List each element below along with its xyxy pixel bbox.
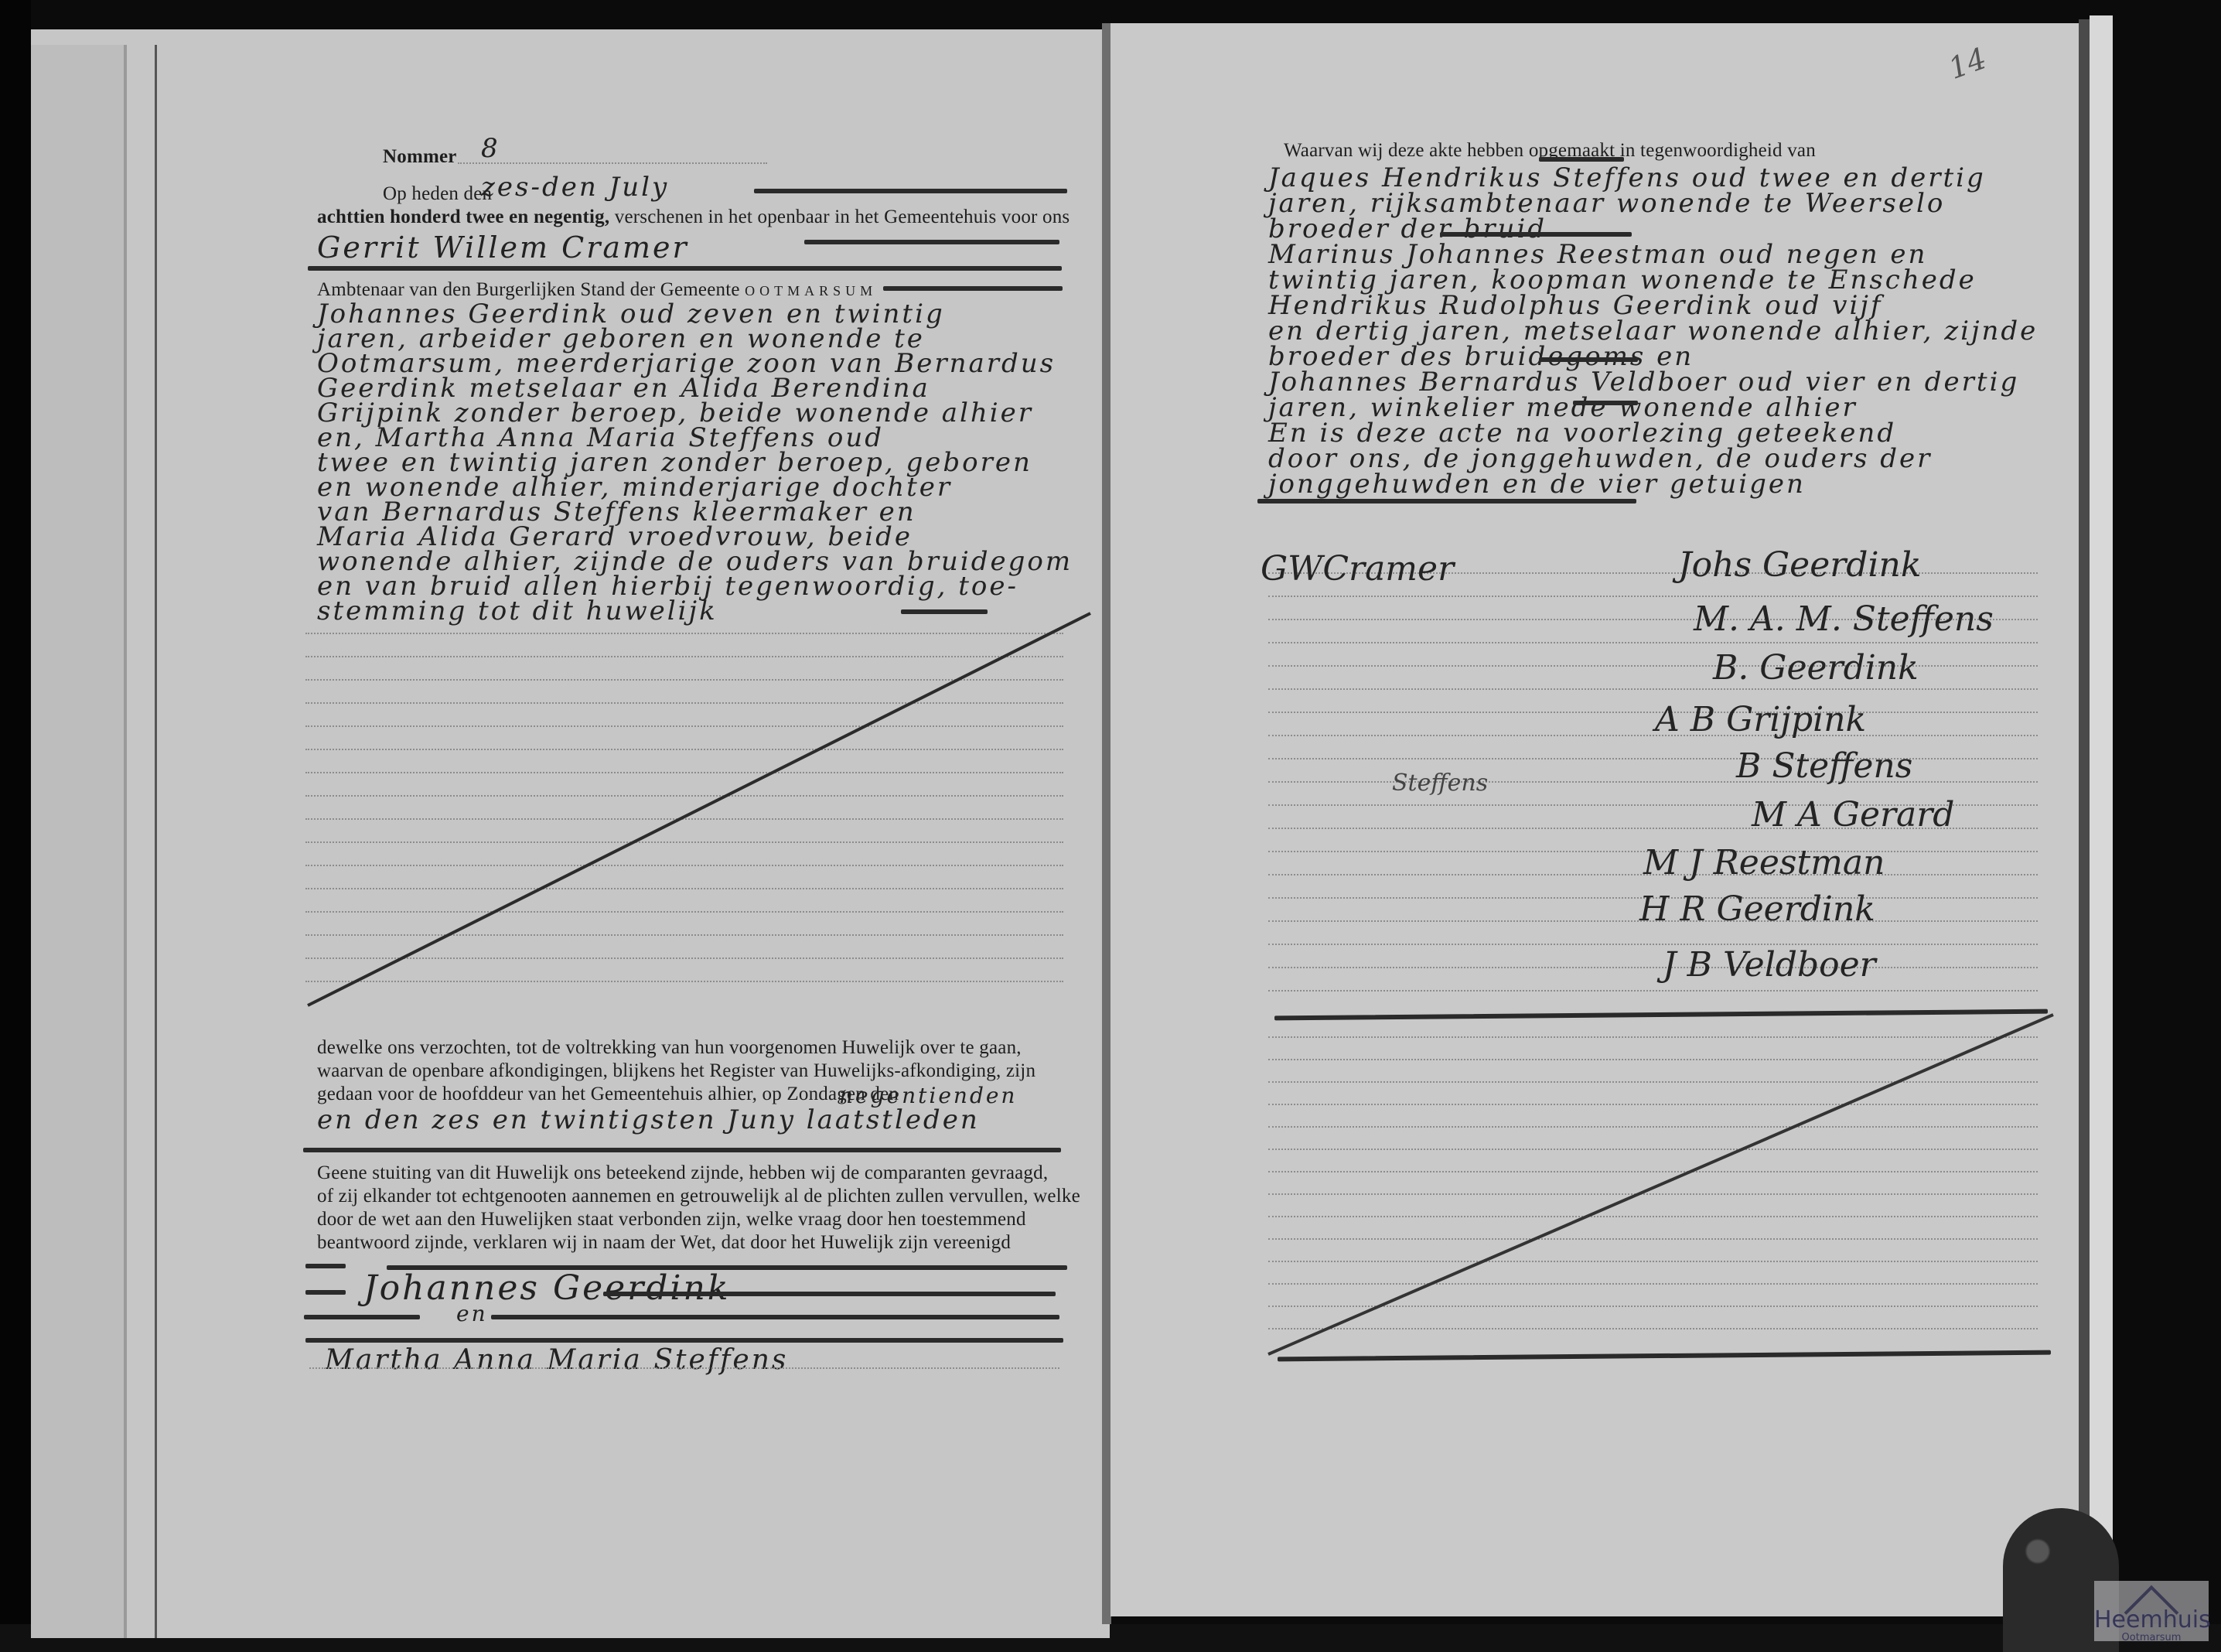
right-page-strip — [2090, 15, 2113, 1609]
signature: M. A. M. Steffens — [1694, 599, 1994, 639]
signature: J B Veldboer — [1663, 945, 1876, 985]
fill-rule — [883, 286, 1063, 291]
dotted-line — [1268, 1193, 2038, 1195]
dotted-line — [1268, 1171, 2038, 1172]
right-page-edge — [2079, 19, 2090, 1628]
year-line: achttien honderd twee en negentig, versc… — [317, 206, 1070, 229]
scan-border-left — [0, 0, 31, 1652]
dotted-line — [1268, 642, 2038, 643]
printed-line: of zij elkander tot echtgenooten aanneme… — [317, 1185, 1080, 1208]
dotted-line — [1268, 1238, 2038, 1240]
page-fold-line — [155, 45, 157, 1638]
printed-line: Geene stuiting van dit Huwelijk ons bete… — [317, 1162, 1048, 1185]
dotted-line — [305, 981, 1063, 982]
fill-rule — [308, 266, 1062, 271]
dotted-line — [305, 702, 1063, 704]
dotted-line — [1268, 1306, 2038, 1307]
fill-rule — [491, 1315, 1059, 1319]
dotted-line — [1268, 1081, 2038, 1083]
dotted-line — [1268, 1283, 2038, 1285]
dotted-line — [305, 679, 1063, 681]
signature: Johs Geerdink — [1678, 545, 1922, 585]
dotted-line — [305, 749, 1063, 750]
fill-rule — [305, 1290, 346, 1295]
dotted-line — [1268, 596, 2038, 597]
fill-rule — [1539, 157, 1624, 162]
fill-rule — [305, 1338, 1063, 1343]
dotted-line — [1268, 1059, 2038, 1060]
signature: M A Gerard — [1752, 795, 1954, 835]
signature: A B Grijpink — [1655, 700, 1866, 739]
printed-line: gedaan voor de hoofddeur van het Gemeent… — [317, 1083, 899, 1106]
dotted-line — [305, 911, 1063, 913]
dotted-line — [305, 633, 1063, 634]
dotted-line — [305, 888, 1063, 889]
fill-rule — [305, 1264, 346, 1268]
fill-rule — [754, 189, 1067, 193]
dotted-line — [1268, 688, 2038, 690]
dotted-line — [1268, 1036, 2038, 1038]
fill-rule — [804, 240, 1059, 244]
printed-line: dewelke ons verzochten, tot de voltrekki… — [317, 1036, 1022, 1060]
printed-line: beantwoord zijnde, verklaren wij in naam… — [317, 1231, 1011, 1254]
dotted-line — [1268, 735, 2038, 736]
fill-rule — [1440, 232, 1632, 237]
dotted-line — [305, 772, 1063, 773]
printed-line: waarvan de openbare afkondigingen, blijk… — [317, 1060, 1035, 1083]
fill-rule — [304, 1315, 420, 1319]
official-name: Gerrit Willem Cramer — [317, 230, 689, 265]
dotted-line — [1268, 967, 2038, 968]
official-title: Ambtenaar van den Burgerlijken Stand der… — [317, 279, 740, 300]
dotted-line — [305, 818, 1063, 820]
year-text: achttien honderd twee en negentig, — [317, 206, 609, 227]
signature: B Steffens — [1736, 746, 1912, 786]
groom-name: Johannes Geerdink — [363, 1268, 730, 1308]
fill-rule — [303, 1148, 1061, 1152]
dotted-line — [1268, 990, 2038, 992]
date-value: zes-den July — [481, 172, 669, 203]
dotted-line — [305, 934, 1063, 936]
dotted-line — [305, 725, 1063, 727]
signature-official: GWCramer — [1261, 549, 1454, 589]
signature: H R Geerdink — [1639, 889, 1875, 929]
banns-date-2: en den zes en twintigsten Juny laatstled… — [317, 1104, 980, 1135]
heemhuis-watermark: Heemhuis Ootmarsum — [2094, 1581, 2209, 1641]
dotted-line — [305, 841, 1063, 843]
page-flap — [31, 45, 127, 1638]
dotted-line — [1268, 944, 2038, 945]
signature-extra: Steffens — [1392, 770, 1488, 797]
conjunction: en — [456, 1301, 488, 1326]
handwritten-line: stemming tot dit huwelijk — [317, 596, 718, 626]
dotted-line — [1268, 665, 2038, 667]
fill-rule — [603, 1292, 1056, 1296]
record-number: 8 — [481, 133, 500, 164]
fill-rule — [901, 609, 988, 614]
signature: B. Geerdink — [1713, 648, 1919, 688]
printed-line: door de wet aan den Huwelijken staat ver… — [317, 1208, 1026, 1231]
handwritten-line: jonggehuwden en de vier getuigen — [1268, 469, 1806, 500]
year-rest-text: verschenen in het openbaar in het Gemeen… — [615, 206, 1070, 227]
bride-name: Martha Anna Maria Steffens — [325, 1344, 788, 1376]
dotted-line — [305, 957, 1063, 959]
dotted-line — [305, 656, 1063, 657]
municipality: OOTMARSUM — [745, 283, 877, 299]
dotted-line — [1268, 1149, 2038, 1150]
signature: M J Reestman — [1643, 843, 1885, 882]
dotted-line — [1268, 781, 2038, 783]
fill-rule — [1539, 357, 1638, 362]
fill-rule — [1257, 499, 1636, 503]
left-page — [31, 29, 1110, 1638]
dotted-line — [1268, 1216, 2038, 1217]
dotted-line — [305, 795, 1063, 797]
nommer-label: Nommer — [383, 145, 457, 169]
dotted-line — [1268, 758, 2038, 759]
dotted-line — [305, 865, 1063, 866]
dotted-line — [1268, 1261, 2038, 1262]
dotted-line — [458, 162, 767, 164]
dotted-line — [1268, 1328, 2038, 1329]
dotted-line — [1268, 712, 2038, 713]
fill-rule — [1573, 401, 1638, 405]
dotted-line — [1268, 1104, 2038, 1105]
dotted-line — [1268, 1126, 2038, 1128]
dotted-line — [309, 1367, 1059, 1369]
date-label: Op heden den — [383, 183, 492, 206]
